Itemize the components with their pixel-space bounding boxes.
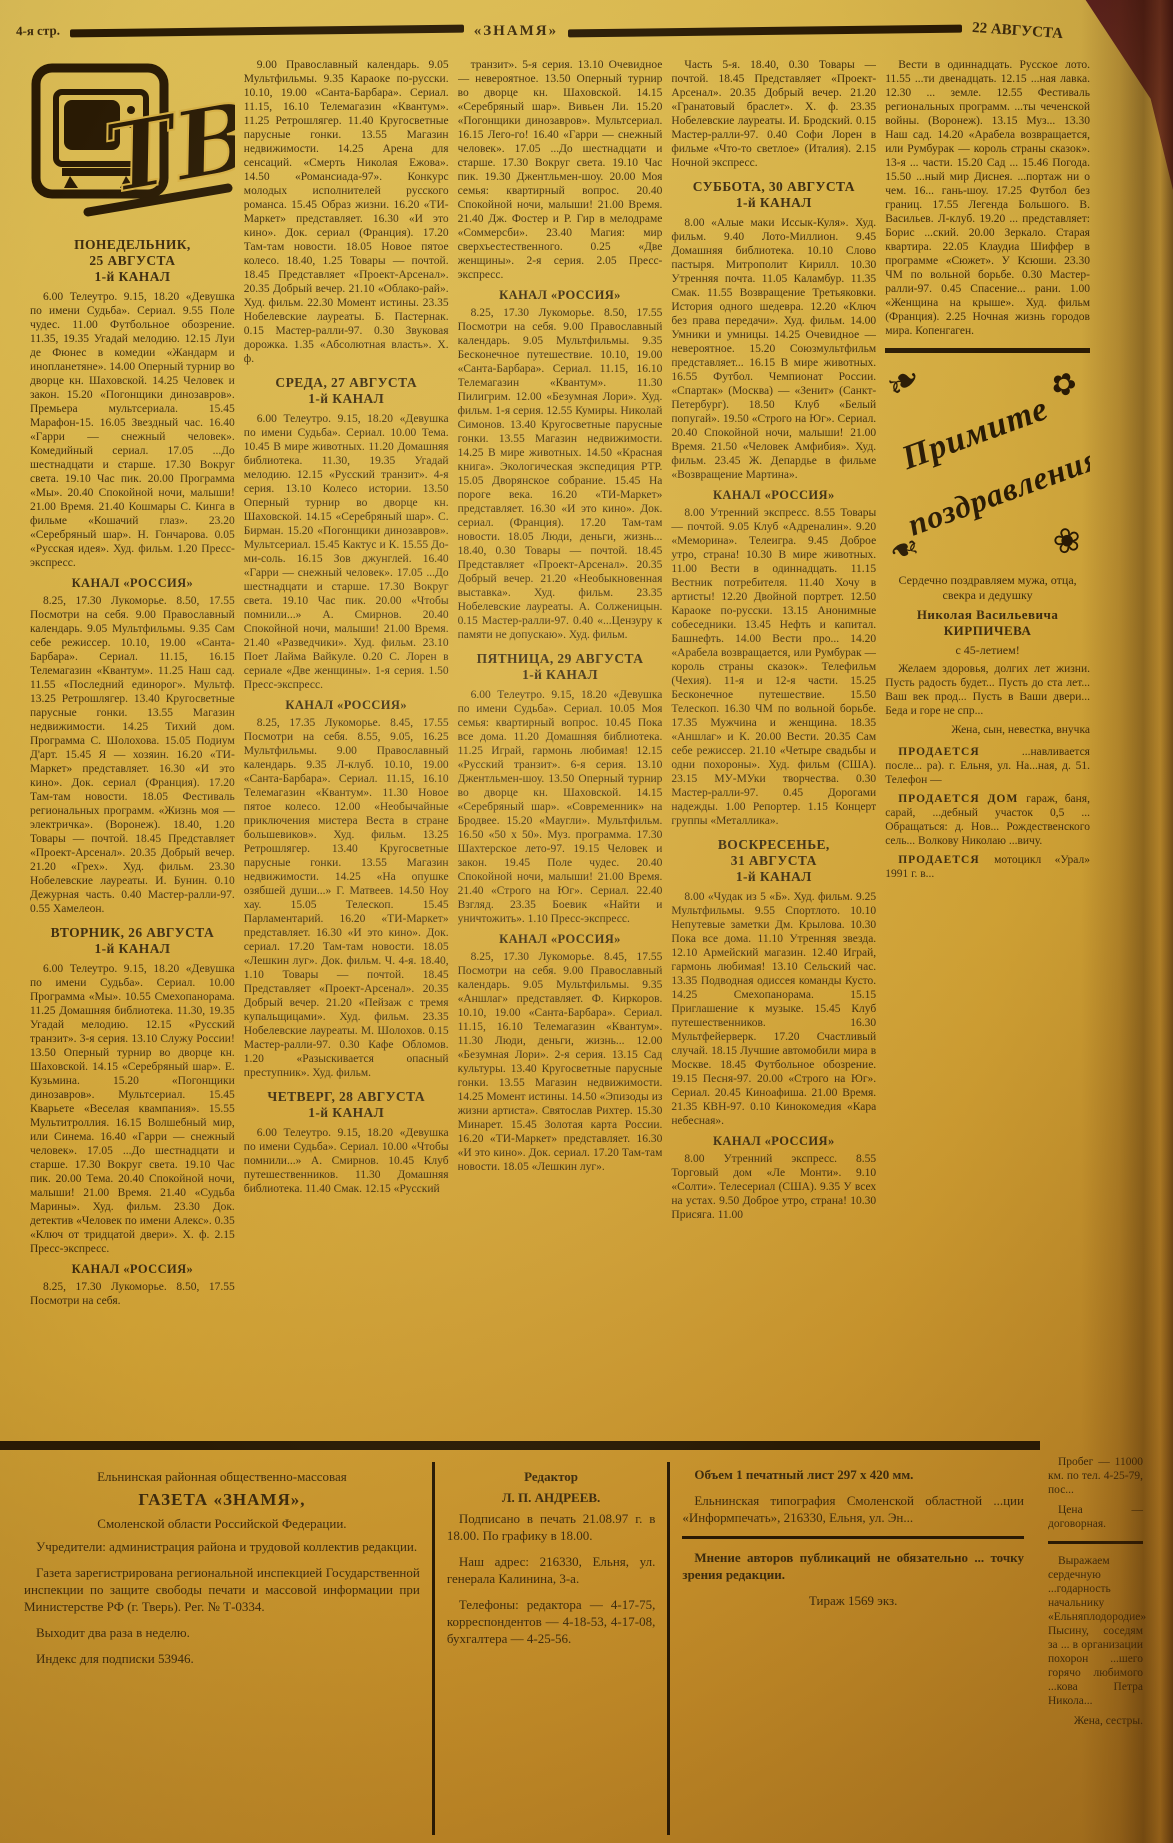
tv-column-3: транзит». 5-я серия. 13.10 Очевидное — н…	[458, 58, 663, 1431]
listing-text: 6.00 Телеутро. 9.15, 18.20 «Девушка по и…	[244, 412, 449, 692]
listing-text: 8.00 Утренний экспресс. 8.55 Торговый до…	[671, 1152, 876, 1222]
leaf-ornament-icon: ❧	[885, 354, 931, 411]
day-heading: СУББОТА, 30 АВГУСТА1-й КАНАЛ	[671, 179, 876, 211]
imprint-line: Жена, сестры.	[1048, 1714, 1143, 1728]
day-heading-line: 1-й КАНАЛ	[671, 195, 876, 211]
channel-heading: КАНАЛ «РОССИЯ»	[458, 288, 663, 303]
classifieds-continuation: Пробег — 11000 км. по тел. 4-25-79, пос.…	[1040, 1441, 1173, 1843]
greeting-text: Сердечно поздравляем мужа, отца, свекра …	[885, 573, 1090, 603]
imprint-line: ГАЗЕТА «ЗНАМЯ»,	[24, 1491, 420, 1508]
tv-column-1: ТВ ПОНЕДЕЛЬНИК,25 АВГУСТА1-й КАНАЛ6.00 Т…	[30, 58, 235, 1431]
column-3-listings: транзит». 5-я серия. 13.10 Очевидное — н…	[458, 58, 663, 1174]
day-heading: ПОНЕДЕЛЬНИК,25 АВГУСТА1-й КАНАЛ	[30, 237, 235, 285]
imprint-line: Ельнинская типография Смоленской областн…	[682, 1492, 1024, 1526]
greeting-text: с 45-летием!	[885, 643, 1090, 658]
day-heading-line: 25 АВГУСТА	[30, 253, 235, 269]
day-heading-line: СРЕДА, 27 АВГУСТА	[244, 375, 449, 391]
listing-text: 8.00 Утренний экспресс. 8.55 Товары — по…	[671, 506, 876, 828]
ad-lead: ПРОДАЕТСЯ	[898, 854, 994, 866]
imprint-line: Телефоны: редактора — 4-17-75, корреспон…	[447, 1596, 656, 1647]
masthead-title: «ЗНАМЯ»	[474, 23, 558, 40]
listing-text: 6.00 Телеутро. 9.15, 18.20 «Девушка по и…	[30, 290, 235, 570]
signature-text: Жена, сын, невестка, внучка	[885, 723, 1090, 737]
day-heading-line: ВТОРНИК, 26 АВГУСТА	[30, 925, 235, 941]
day-heading: ВТОРНИК, 26 АВГУСТА1-й КАНАЛ	[30, 925, 235, 957]
listing-text: 8.25, 17.35 Лукоморье. 8.45, 17.55 Посмо…	[244, 716, 449, 1080]
divider-rule	[885, 348, 1090, 353]
listing-text: Вести в одиннадцать. Русское лото. 11.55…	[885, 58, 1090, 338]
day-heading: ВОСКРЕСЕНЬЕ,31 АВГУСТА1-й КАНАЛ	[671, 837, 876, 885]
imprint-line: Выражаем сердечную ...годарность начальн…	[1048, 1554, 1143, 1708]
day-heading-line: ВОСКРЕСЕНЬЕ,	[671, 837, 876, 853]
tv-set-icon: ТВ	[30, 60, 235, 228]
day-heading-line: 1-й КАНАЛ	[244, 391, 449, 407]
imprint-line: Учредители: администрация района и трудо…	[24, 1538, 420, 1555]
day-heading: СРЕДА, 27 АВГУСТА1-й КАНАЛ	[244, 375, 449, 407]
listing-text: 9.00 Православный календарь. 9.05 Мультф…	[244, 58, 449, 366]
imprint-editor-box: РедакторЛ. П. АНДРЕЕВ.Подписано в печать…	[432, 1462, 668, 1835]
leaf-ornament-icon: ✿	[1046, 364, 1082, 405]
day-heading: ПЯТНИЦА, 29 АВГУСТА1-й КАНАЛ	[458, 651, 663, 683]
imprint-line: Цена — договорная.	[1048, 1503, 1143, 1531]
ad-lead: ПРОДАЕТСЯ	[898, 746, 1022, 758]
channel-heading: КАНАЛ «РОССИЯ»	[30, 576, 235, 591]
channel-heading: КАНАЛ «РОССИЯ»	[30, 1262, 235, 1277]
masthead-rule-left	[70, 25, 464, 38]
imprint-divider	[1048, 1541, 1143, 1544]
column-1-listings: ПОНЕДЕЛЬНИК,25 АВГУСТА1-й КАНАЛ6.00 Теле…	[30, 237, 235, 1308]
listing-text: Часть 5-я. 18.40, 0.30 Товары — почтой. …	[671, 58, 876, 170]
listing-text: 6.00 Телеутро. 9.15, 18.20 «Девушка по и…	[244, 1126, 449, 1196]
day-heading-line: ПЯТНИЦА, 29 АВГУСТА	[458, 651, 663, 667]
imprint-divider	[682, 1536, 1024, 1539]
day-heading-line: ЧЕТВЕРГ, 28 АВГУСТА	[244, 1089, 449, 1105]
day-heading-line: 31 АВГУСТА	[671, 853, 876, 869]
imprint-line: Объем 1 печатный лист 297 х 420 мм.	[682, 1466, 1024, 1483]
imprint-line: Ельнинская районная общественно-массовая	[24, 1468, 420, 1485]
tv-column-5: Вести в одиннадцать. Русское лото. 11.55…	[885, 58, 1090, 1431]
listing-text: транзит». 5-я серия. 13.10 Очевидное — н…	[458, 58, 663, 282]
imprint-line: Смоленской области Российской Федерации.	[24, 1515, 420, 1532]
listing-text: 8.25, 17.30 Лукоморье. 8.50, 17.55 Посмо…	[458, 306, 663, 642]
imprint-line: Газета зарегистрирована региональной инс…	[24, 1564, 420, 1615]
tv-section-logo: ТВ	[30, 60, 235, 228]
imprint-line: Л. П. АНДРЕЕВ.	[447, 1489, 656, 1506]
tv-column-2: 9.00 Православный календарь. 9.05 Мультф…	[244, 58, 449, 1431]
imprint-line: Мнение авторов публикаций не обязательно…	[682, 1549, 1024, 1583]
imprint-publisher-box: Ельнинская районная общественно-массовая…	[12, 1462, 432, 1835]
imprint-line: Наш адрес: 216330, Ельня, ул. генерала К…	[447, 1553, 656, 1587]
imprint-line: Пробег — 11000 км. по тел. 4-25-79, пос.…	[1048, 1455, 1143, 1497]
channel-heading: КАНАЛ «РОССИЯ»	[244, 698, 449, 713]
page-number: 4-я стр.	[16, 23, 60, 40]
imprint-line: Тираж 1569 экз.	[682, 1592, 1024, 1609]
day-heading-line: ПОНЕДЕЛЬНИК,	[30, 237, 235, 253]
listing-text: 8.25, 17.30 Лукоморье. 8.50, 17.55 Посмо…	[30, 594, 235, 916]
newspaper-page: 4-я стр. «ЗНАМЯ» 22 АВГУСТА ТВ ПОН	[0, 0, 1173, 1843]
tv-column-4: Часть 5-я. 18.40, 0.30 Товары — почтой. …	[671, 58, 876, 1431]
imprint-line: Подписано в печать 21.08.97 г. в 18.00. …	[447, 1510, 656, 1544]
channel-heading: КАНАЛ «РОССИЯ»	[671, 488, 876, 503]
ad-lead: ПРОДАЕТСЯ ДОМ	[898, 793, 1026, 805]
column-5-listings: Вести в одиннадцать. Русское лото. 11.55…	[885, 58, 1090, 881]
issue-date: 22 АВГУСТА	[971, 19, 1063, 42]
tv-logo-text: ТВ	[97, 81, 235, 215]
listing-text: 8.25, 17.30 Лукоморье. 8.50, 17.55 Посмо…	[30, 1280, 235, 1308]
day-heading-line: 1-й КАНАЛ	[671, 869, 876, 885]
day-heading-line: 1-й КАНАЛ	[244, 1105, 449, 1121]
tv-programme-columns: ТВ ПОНЕДЕЛЬНИК,25 АВГУСТА1-й КАНАЛ6.00 Т…	[30, 58, 1090, 1431]
column-2-listings: 9.00 Православный календарь. 9.05 Мультф…	[244, 58, 449, 1196]
day-heading: ЧЕТВЕРГ, 28 АВГУСТА1-й КАНАЛ	[244, 1089, 449, 1121]
listing-text: 6.00 Телеутро. 9.15, 18.20 «Девушка по и…	[30, 962, 235, 1256]
day-heading-line: 1-й КАНАЛ	[458, 667, 663, 683]
greeting-name: Николая Васильевича КИРПИЧЕВА	[885, 607, 1090, 639]
imprint-footer: Ельнинская районная общественно-массовая…	[0, 1441, 1040, 1843]
classified-ad: ПРОДАЕТСЯ ...навливается после... ра). г…	[885, 745, 1090, 787]
day-heading-line: СУББОТА, 30 АВГУСТА	[671, 179, 876, 195]
listing-text: 8.00 «Чудак из 5 «Б». Худ. фильм. 9.25 М…	[671, 890, 876, 1128]
classified-ad: ПРОДАЕТСЯ мотоцикл «Урал» 1991 г. в...	[885, 853, 1090, 881]
classified-ad: ПРОДАЕТСЯ ДОМ гараж, баня, сарай, ...деб…	[885, 792, 1090, 848]
leaf-ornament-icon: ❀	[1049, 518, 1087, 564]
listing-text: 6.00 Телеутро. 9.15, 18.20 «Девушка по и…	[458, 688, 663, 926]
congrats-ornament: ❧✿❧❀Примитепоздравления	[885, 361, 1090, 569]
imprint-line: Выходит два раза в неделю.	[24, 1624, 420, 1641]
newspaper-photo: { "colors": {"paper": "#d7b044", "ink": …	[0, 0, 1173, 1843]
day-heading-line: 1-й КАНАЛ	[30, 941, 235, 957]
listing-text: Желаем здоровья, долгих лет жизни. Пусть…	[885, 662, 1090, 718]
listing-text: 8.25, 17.30 Лукоморье. 8.45, 17.55 Посмо…	[458, 950, 663, 1174]
channel-heading: КАНАЛ «РОССИЯ»	[458, 932, 663, 947]
imprint-line: Редактор	[447, 1468, 656, 1485]
day-heading-line: 1-й КАНАЛ	[30, 269, 235, 285]
masthead-rule-right	[568, 25, 962, 38]
imprint-print-box: Объем 1 печатный лист 297 х 420 мм.Ельни…	[667, 1462, 1036, 1835]
imprint-line: Индекс для подписки 53946.	[24, 1650, 420, 1667]
column-4-listings: Часть 5-я. 18.40, 0.30 Товары — почтой. …	[671, 58, 876, 1222]
listing-text: 8.00 «Алые маки Иссык-Куля». Худ. фильм.…	[671, 216, 876, 482]
channel-heading: КАНАЛ «РОССИЯ»	[671, 1134, 876, 1149]
page-header: 4-я стр. «ЗНАМЯ» 22 АВГУСТА	[0, 8, 1095, 54]
